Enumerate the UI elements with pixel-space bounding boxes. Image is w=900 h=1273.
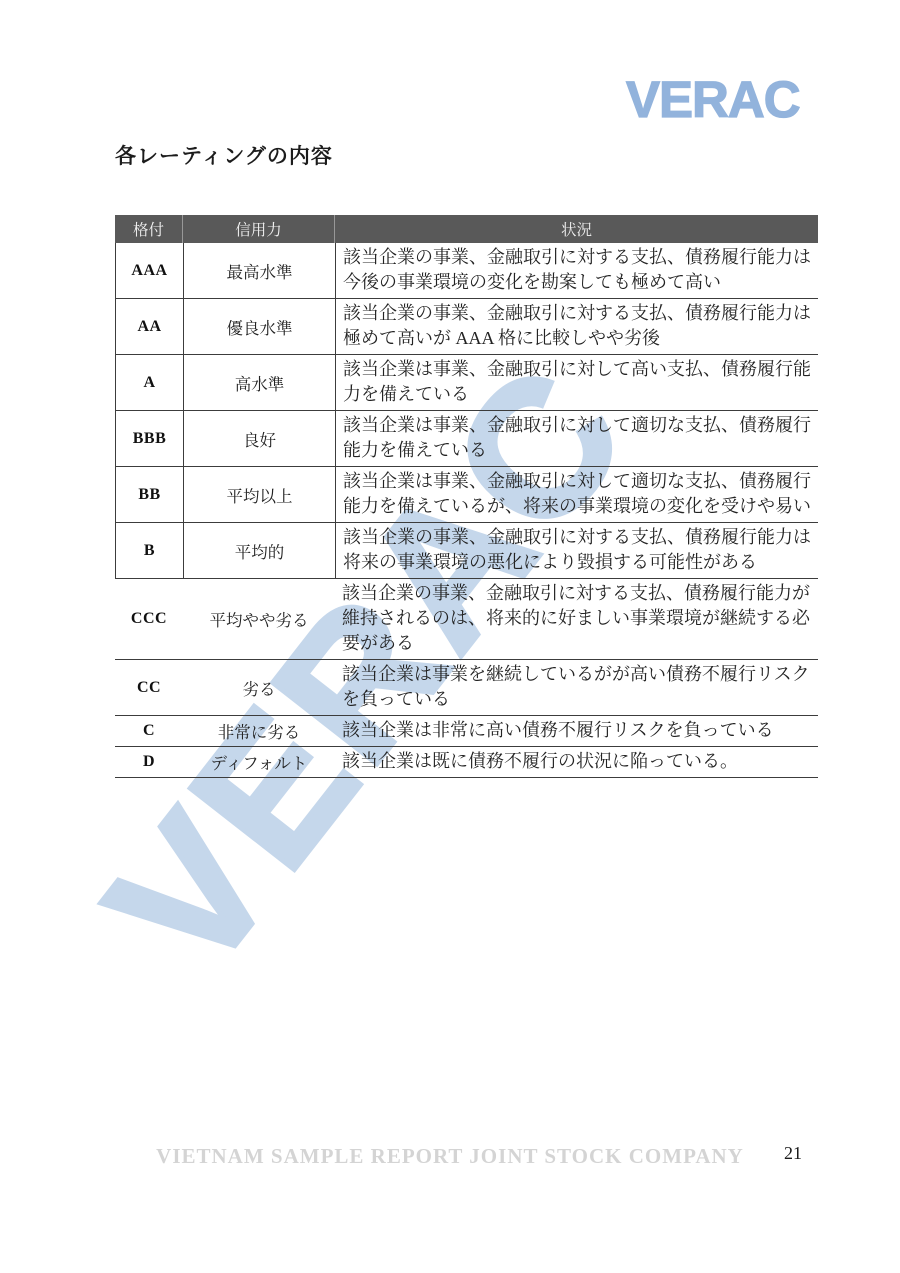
status-cell: 該当企業は事業、金融取引に対して適切な支払、債務履行能力を備えている (336, 411, 818, 466)
status-cell: 該当企業は事業、金融取引に対して適切な支払、債務履行能力を備えているが、将来の事… (336, 467, 818, 522)
header-cell-rating: 格付 (115, 215, 183, 243)
credit-cell: ディフォルト (183, 747, 335, 777)
rating-cell: BB (116, 467, 184, 522)
table-row-aaa: AAA 最高水準 該当企業の事業、金融取引に対する支払、債務履行能力は今後の事業… (115, 243, 818, 299)
credit-cell: 平均やや劣る (183, 579, 335, 659)
status-cell: 該当企業は既に債務不履行の状況に陥っている。 (335, 747, 818, 777)
table-row-d: D ディフォルト 該当企業は既に債務不履行の状況に陥っている。 (115, 747, 818, 778)
report-page: VERAC VERAC 各レーティングの内容 格付 信用力 状況 AAA 最高水… (0, 0, 900, 1273)
credit-cell: 非常に劣る (183, 716, 335, 746)
status-cell: 該当企業は事業を継続しているがが高い債務不履行リスクを負っている (335, 660, 818, 715)
rating-cell: AAA (116, 243, 184, 298)
rating-table: 格付 信用力 状況 AAA 最高水準 該当企業の事業、金融取引に対する支払、債務… (115, 215, 818, 778)
credit-cell: 優良水準 (184, 299, 336, 354)
rating-cell: D (115, 747, 183, 777)
header-cell-credit: 信用力 (183, 215, 335, 243)
status-cell: 該当企業は非常に高い債務不履行リスクを負っている (335, 716, 818, 746)
table-row-c: C 非常に劣る 該当企業は非常に高い債務不履行リスクを負っている (115, 716, 818, 747)
table-row-a: A 高水準 該当企業は事業、金融取引に対して高い支払、債務履行能力を備えている (115, 355, 818, 411)
rating-cell: AA (116, 299, 184, 354)
credit-cell: 最高水準 (184, 243, 336, 298)
table-row-ccc: CCC 平均やや劣る 該当企業の事業、金融取引に対する支払、債務履行能力が維持さ… (115, 579, 818, 660)
rating-cell: B (116, 523, 184, 578)
status-cell: 該当企業の事業、金融取引に対する支払、債務履行能力は極めて高いが AAA 格に比… (336, 299, 818, 354)
credit-cell: 平均的 (184, 523, 336, 578)
table-row-b: B 平均的 該当企業の事業、金融取引に対する支払、債務履行能力は将来の事業環境の… (115, 523, 818, 579)
rating-table-header: 格付 信用力 状況 (115, 215, 818, 243)
rating-cell: A (116, 355, 184, 410)
footer-company-name: VIETNAM SAMPLE REPORT JOINT STOCK COMPAN… (0, 1144, 900, 1169)
table-row-bbb: BBB 良好 該当企業は事業、金融取引に対して適切な支払、債務履行能力を備えてい… (115, 411, 818, 467)
rating-cell: CC (115, 660, 183, 715)
header-cell-status: 状況 (335, 215, 818, 243)
page-title: 各レーティングの内容 (115, 140, 333, 170)
credit-cell: 平均以上 (184, 467, 336, 522)
status-cell: 該当企業の事業、金融取引に対する支払、債務履行能力は将来の事業環境の悪化により毀… (336, 523, 818, 578)
credit-cell: 良好 (184, 411, 336, 466)
rating-cell: C (115, 716, 183, 746)
rating-cell: CCC (115, 579, 183, 659)
page-number: 21 (784, 1143, 802, 1164)
credit-cell: 劣る (183, 660, 335, 715)
verac-logo: VERAC (626, 74, 806, 125)
credit-cell: 高水準 (184, 355, 336, 410)
table-row-bb: BB 平均以上 該当企業は事業、金融取引に対して適切な支払、債務履行能力を備えて… (115, 467, 818, 523)
rating-cell: BBB (116, 411, 184, 466)
status-cell: 該当企業の事業、金融取引に対する支払、債務履行能力が維持されるのは、将来的に好ま… (335, 579, 818, 659)
status-cell: 該当企業の事業、金融取引に対する支払、債務履行能力は今後の事業環境の変化を勘案し… (336, 243, 818, 298)
status-cell: 該当企業は事業、金融取引に対して高い支払、債務履行能力を備えている (336, 355, 818, 410)
table-row-aa: AA 優良水準 該当企業の事業、金融取引に対する支払、債務履行能力は極めて高いが… (115, 299, 818, 355)
table-row-cc: CC 劣る 該当企業は事業を継続しているがが高い債務不履行リスクを負っている (115, 660, 818, 716)
